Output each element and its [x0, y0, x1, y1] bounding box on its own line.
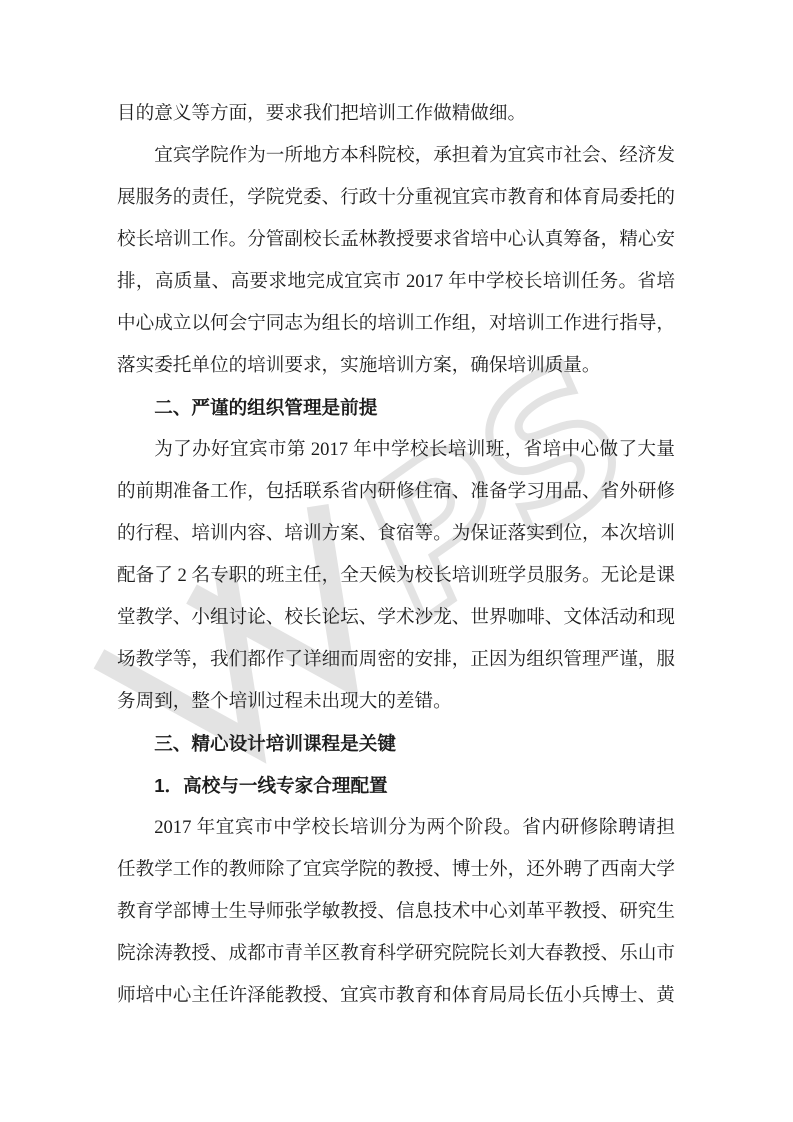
- paragraph: 2017 年宜宾市中学校长培训分为两个阶段。省内研修除聘请担任教学工作的教师除了…: [117, 807, 675, 1017]
- paragraph: 宜宾学院作为一所地方本科院校，承担着为宜宾市社会、经济发展服务的责任，学院党委、…: [117, 135, 675, 387]
- document-text: 目的意义等方面，要求我们把培训工作做精做细。宜宾学院作为一所地方本科院校，承担着…: [117, 93, 675, 1017]
- section-heading: 三、精心设计培训课程是关键: [117, 723, 675, 765]
- paragraph: 为了办好宜宾市第 2017 年中学校长培训班，省培中心做了大量的前期准备工作，包…: [117, 429, 675, 723]
- section-heading: 二、严谨的组织管理是前提: [117, 387, 675, 429]
- paragraph: 目的意义等方面，要求我们把培训工作做精做细。: [117, 93, 675, 135]
- document-page: PS 目的意义等方面，要求我们把培训工作做精做细。宜宾学院作为一所地方本科院校，…: [0, 0, 793, 1122]
- section-heading: 1．高校与一线专家合理配置: [117, 765, 675, 807]
